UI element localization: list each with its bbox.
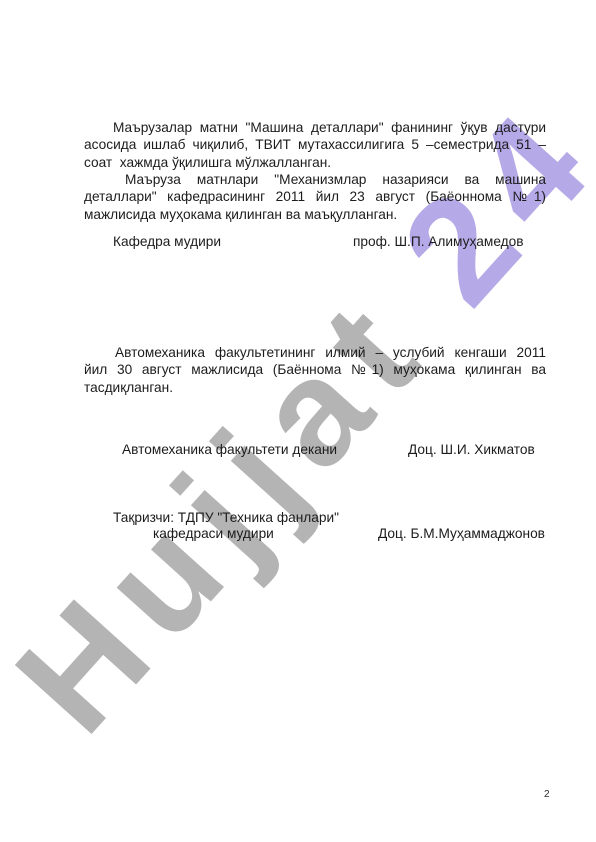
- signature-name: Доц. Б.М.Муҳаммаджонов: [378, 525, 545, 542]
- reviewer-subtitle: кафедраси мудири: [153, 525, 274, 542]
- page-number: 2: [544, 789, 550, 801]
- text-line: асосида ишлаб чиқилиб, ТВИТ мутахассилиг…: [84, 136, 546, 153]
- signature-title: Автомеханика факультети декани: [122, 441, 337, 458]
- text-line: Маъруза матнлари "Механизмлар назарияси …: [84, 171, 546, 188]
- text-line: тасдиқланган.: [84, 379, 546, 396]
- paragraph-department-approval: Маъруза матнлари "Механизмлар назарияси …: [84, 171, 546, 223]
- reviewer-title: Тақризчи: ТДПУ "Техника фанлари": [113, 509, 339, 526]
- signature-name: проф. Ш.П. Алимуҳамедов: [353, 233, 524, 250]
- paragraph-faculty-council-approval: Автомеханика факультетининг илмий – услу…: [84, 344, 546, 396]
- text-line: мажлисида муҳокама қилинган ва маъқуллан…: [84, 206, 546, 223]
- text-line: Автомеханика факультетининг илмий – услу…: [84, 344, 546, 361]
- signature-row-reviewer-line2: кафедраси мудири Доц. Б.М.Муҳаммаджонов: [84, 525, 546, 543]
- text-line: йил 30 август мажлисида (Баённома №1) му…: [84, 361, 546, 378]
- signature-row-department-head: Кафедра мудири проф. Ш.П. Алимуҳамедов: [84, 233, 546, 251]
- paragraph-lecture-syllabus: Маърузалар матни "Машина деталлари" фани…: [84, 119, 546, 171]
- signature-row-faculty-dean: Автомеханика факультети декани Доц. Ш.И.…: [84, 441, 546, 459]
- document-page: Hujjat24 Маърузалар матни "Машина деталл…: [0, 0, 596, 842]
- text-line: Маърузалар матни "Машина деталлари" фани…: [84, 119, 546, 136]
- text-line: деталлари" кафедрасининг 2011 йил 23 авг…: [84, 188, 546, 205]
- signature-name: Доц. Ш.И. Хикматов: [408, 441, 535, 458]
- text-line: соат хажмда ўқилишга мўлжалланган.: [84, 154, 546, 171]
- signature-title: Кафедра мудири: [113, 233, 221, 250]
